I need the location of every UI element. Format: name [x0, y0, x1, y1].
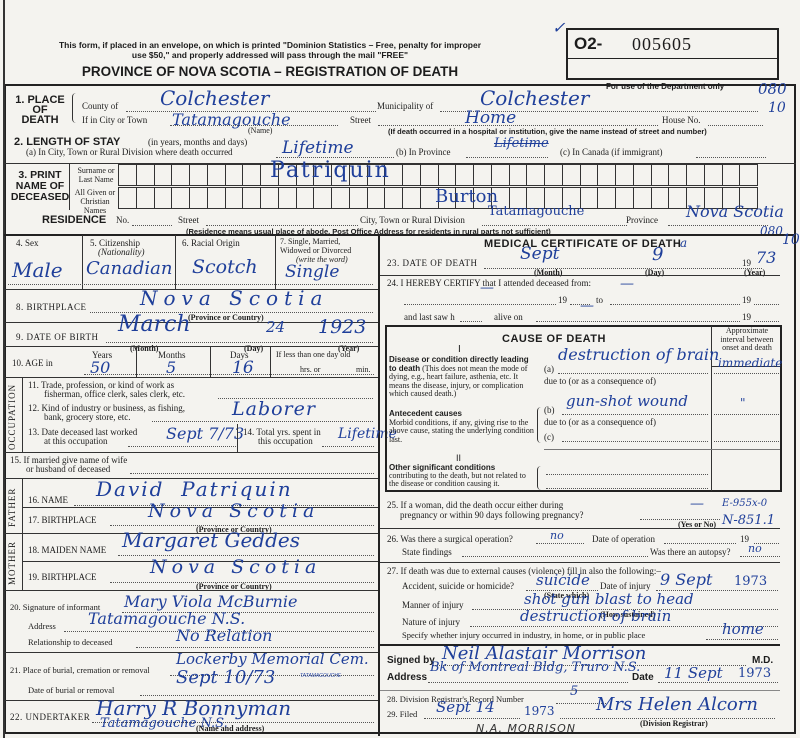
residence-street-field[interactable]	[206, 225, 358, 226]
pregnancy-label-1: 25. If a woman, did the death occur eith…	[387, 500, 563, 510]
signature-date-value: 11 Sept	[664, 664, 723, 682]
pregnancy-label-2: pregnancy or within 90 days following pr…	[400, 510, 583, 520]
check-mark: ✓	[552, 18, 565, 37]
racial-origin-label: 6. Racial Origin	[182, 238, 240, 248]
residence-city-field[interactable]	[482, 225, 627, 226]
accident-type-label: Accident, suicide or homicide?	[402, 581, 514, 591]
street-label: Street	[350, 115, 371, 125]
injury-place-value: home	[722, 620, 764, 638]
attended-from-dash: —	[480, 280, 494, 296]
medical-margin-code: 10	[782, 232, 800, 248]
injury-date-value: 9 Sept	[660, 570, 712, 589]
burial-place-value: Lockerby Memorial Cem.	[176, 650, 369, 668]
pregnancy-dash: —	[690, 496, 704, 512]
postal-notice: This form, if placed in an envelope, on …	[40, 40, 500, 60]
informant-address-label: Address	[28, 621, 56, 631]
dob-year-value: 1923	[318, 316, 366, 338]
death-year-prefix: 19	[742, 258, 751, 268]
last-saw-dash: —	[580, 298, 594, 314]
injury-place-label: Specify whether injury occurred in indus…	[402, 630, 645, 640]
stay-province-value: Lifetime	[494, 136, 549, 151]
alive-on-label: alive on	[494, 312, 523, 322]
filed-label: 29. Filed	[387, 709, 417, 719]
cause-a-value: destruction of brain	[558, 345, 719, 364]
cause-b-label: (b)	[544, 405, 555, 415]
registration-box: O2- 005605	[566, 28, 779, 80]
postal-notice-line1: This form, if placed in an envelope, on …	[40, 40, 500, 50]
injury-year-value: 1973	[734, 574, 767, 589]
father-name-value: David Patriquin	[96, 477, 293, 501]
other-conditions-field-2[interactable]	[546, 488, 708, 489]
signature-year-value: 1973	[738, 666, 771, 681]
residence-street-label: Street	[178, 215, 199, 225]
hospital-note: (If death occurred in a hospital or inst…	[388, 127, 707, 136]
stay-canada-field[interactable]	[696, 157, 766, 158]
street-field[interactable]	[378, 125, 658, 126]
findings-field[interactable]	[462, 556, 648, 557]
house-no-label: House No.	[662, 115, 701, 125]
sex-label: 4. Sex	[16, 238, 39, 248]
last-saw-19: 19	[742, 312, 751, 322]
interval-a-field[interactable]	[714, 373, 779, 374]
relationship-label: Relationship to deceased	[28, 637, 113, 647]
hrs-label: hrs. or	[300, 365, 320, 374]
residence-label: RESIDENCE	[42, 214, 106, 226]
interval-b-value: "	[740, 396, 746, 410]
residence-city-label: City, Town or Rural Division	[360, 215, 465, 225]
last-saw-label: and last saw h	[404, 312, 455, 322]
other-conditions-field-1[interactable]	[546, 474, 708, 475]
relationship-field[interactable]	[136, 647, 374, 648]
industry-field[interactable]	[152, 421, 373, 422]
interval-a-value: immediate	[718, 356, 782, 370]
attended-to-field[interactable]	[610, 304, 740, 305]
surname-value: Patriquin	[270, 158, 391, 183]
spouse-field[interactable]	[130, 473, 374, 474]
father-birthplace-value: Nova Scotia	[148, 500, 319, 522]
residence-province-field[interactable]	[668, 225, 768, 226]
registrar-stamp: N.A. MORRISON	[476, 722, 576, 735]
brace-other	[537, 466, 542, 490]
antecedent-description: Antecedent causes Morbid conditions, if …	[389, 410, 535, 444]
interval-c-field[interactable]	[714, 441, 779, 442]
father-name-label: 16. NAME	[28, 495, 68, 505]
manner-label: Manner of injury	[402, 600, 463, 610]
city-label: If in City or Town	[82, 115, 147, 125]
min-label: min.	[356, 365, 370, 374]
citizenship-value: Canadian	[86, 258, 172, 279]
attended-from-field[interactable]	[404, 304, 556, 305]
stay-city-value: Lifetime	[282, 138, 354, 158]
place-of-death-label: 1. PLACE OF DEATH	[14, 95, 66, 125]
last-worked-field[interactable]	[128, 446, 236, 447]
filed-date-value: Sept 14	[436, 698, 495, 716]
doctor-address-label: Address	[387, 672, 427, 683]
name-caption: (Name)	[248, 126, 272, 135]
due-to-label-2: due to (or as a consequence of)	[544, 417, 656, 427]
age-label: 10. AGE in	[12, 358, 53, 368]
undertaker-caption: (Name and address)	[196, 724, 264, 733]
age-days-value: 16	[232, 358, 254, 378]
mother-maiden-label: 18. MAIDEN NAME	[28, 545, 106, 555]
industry-label-2: bank, grocery store, etc.	[44, 412, 130, 422]
stay-province-label: (b) In Province	[396, 147, 450, 157]
md-label: M.D.	[752, 655, 773, 666]
death-year-value: 73	[756, 248, 776, 267]
attended-to-label: to	[596, 295, 603, 305]
doctor-address-field[interactable]	[428, 682, 628, 683]
total-years-field[interactable]	[322, 446, 374, 447]
record-number-value: 5	[570, 684, 578, 699]
length-of-stay-note: (in years, months and days)	[148, 137, 247, 147]
medical-title-mark: a	[680, 236, 687, 250]
marital-label-2: Widowed or Divorced	[280, 246, 351, 255]
mother-maiden-value: Margaret Geddes	[122, 528, 300, 552]
left-edge-line	[3, 0, 5, 738]
doctor-address-value: Bk of Montreal Bldg, Truro N.S.	[430, 660, 640, 675]
cause-a-field[interactable]	[558, 373, 708, 374]
name-of-deceased-label: 3. PRINT NAME OF DECEASED	[10, 170, 70, 203]
nature-label: Nature of injury	[402, 617, 460, 627]
county-value: Colchester	[160, 86, 269, 110]
death-day-value: 9	[652, 244, 663, 265]
autopsy-label: Was there an autopsy?	[650, 547, 731, 557]
operation-label: 26. Was there a surgical operation?	[387, 534, 513, 544]
stay-canada-label: (c) In Canada (if immigrant)	[560, 147, 662, 157]
interval-b-field[interactable]	[714, 414, 779, 415]
department-code-2: 10	[768, 100, 786, 116]
registration-number: 005605	[632, 34, 692, 55]
column-divider	[378, 234, 380, 736]
attended-from-19: 19	[558, 295, 567, 305]
attended-to-dash: —	[620, 276, 634, 292]
stay-city-label: (a) In City, Town or Rural Division wher…	[26, 147, 233, 157]
code-e-value: E-955x-0	[722, 498, 767, 509]
citizenship-note: (Nationality)	[98, 247, 145, 257]
postal-notice-line2: use $50," and properly addressed will pa…	[40, 50, 500, 60]
dob-month-value: March	[118, 312, 191, 337]
mother-side-label: MOTHER	[7, 540, 17, 586]
last-worked-value: Sept 7/73	[166, 424, 244, 443]
trade-label-2: fisherman, office clerk, sales clerk, et…	[44, 389, 185, 399]
signature-date-label: Date	[632, 672, 654, 683]
stay-province-field[interactable]	[466, 157, 548, 158]
date-of-death-field[interactable]	[484, 268, 762, 269]
attended-to-19: 19	[742, 295, 751, 305]
cause-c-field[interactable]	[562, 441, 708, 442]
cause-c-label: (c)	[544, 432, 554, 442]
brace-antecedent	[537, 407, 542, 443]
injury-place-field[interactable]	[706, 639, 778, 640]
surname-boxes[interactable]	[118, 164, 758, 186]
burial-date-value: Sept 10/73	[176, 667, 275, 688]
date-of-birth-field[interactable]	[106, 342, 373, 343]
birthplace-value: Nova Scotia	[140, 286, 328, 310]
cause-of-death-title: CAUSE OF DEATH	[502, 333, 606, 345]
death-month-value: Sept	[520, 244, 559, 264]
spouse-label-2: or husband of deceased	[26, 464, 110, 474]
filed-date-field[interactable]	[424, 718, 520, 719]
city-value: Tatamagouche	[172, 110, 291, 129]
street-value: Home	[465, 108, 516, 128]
father-side-label: FATHER	[7, 484, 17, 530]
mother-birthplace-value: Nova Scotia	[150, 556, 321, 578]
marital-status-value: Single	[285, 262, 339, 282]
residence-province-label: Province	[626, 215, 658, 225]
undertaker-label: 22. UNDERTAKER	[10, 712, 90, 722]
municipality-value: Colchester	[480, 86, 589, 110]
accident-type-value: suicide	[536, 571, 590, 589]
residence-city-value: Tatamagouche	[488, 204, 584, 219]
total-years-label-2: this occupation	[258, 436, 313, 446]
burial-place-note: TATAMAGOUCHE	[300, 673, 341, 679]
less-than-day-label: If less than one day old	[276, 350, 350, 359]
relationship-value: No Relation	[176, 626, 272, 645]
cause-b-value: gun-shot wound	[566, 392, 688, 410]
municipality-label: Municipality of	[377, 101, 433, 111]
racial-origin-value: Scotch	[192, 256, 258, 278]
residence-province-value: Nova Scotia	[686, 202, 784, 221]
signed-by-label: Signed by	[387, 655, 435, 666]
dob-day-value: 24	[266, 318, 285, 336]
birthplace-caption: (Province or Country)	[188, 313, 264, 322]
house-no-field[interactable]	[708, 125, 763, 126]
autopsy-value: no	[748, 542, 762, 555]
surname-label: Surname or Last Name	[76, 166, 116, 184]
nature-value: destruction of brain	[520, 607, 671, 625]
mother-birthplace-label: 19. BIRTHPLACE	[28, 572, 96, 582]
department-code-1: 080	[758, 80, 787, 98]
direct-cause-description: Disease or condition directly leading to…	[389, 356, 535, 399]
last-worked-label-2: at this occupation	[44, 436, 107, 446]
interval-header: Approximate interval between onset and d…	[714, 327, 780, 353]
filed-year-value: 1973	[524, 704, 555, 718]
burial-place-label: 21. Place of burial, cremation or remova…	[10, 665, 150, 675]
part-two-label: II	[456, 453, 461, 463]
other-conditions-description: Other significant conditions contributin…	[389, 464, 535, 488]
operation-value: no	[550, 529, 564, 542]
manner-value: shot gun blast to head	[524, 590, 694, 608]
part-one-label: I	[458, 344, 461, 355]
industry-value: Laborer	[232, 398, 316, 420]
registrar-signature-value: Mrs Helen Alcorn	[596, 694, 758, 715]
operation-field[interactable]	[536, 543, 584, 544]
registrar-caption: (Division Registrar)	[640, 719, 708, 728]
cause-b-field[interactable]	[562, 414, 708, 415]
registration-prefix: O2-	[574, 34, 602, 54]
findings-label: State findings	[402, 547, 452, 557]
signature-date-field[interactable]	[658, 682, 778, 683]
department-use-label: For use of the Department only	[606, 82, 724, 91]
informant-signature-label: 20. Signature of informant	[10, 602, 100, 612]
date-of-birth-label: 9. DATE OF BIRTH	[16, 332, 98, 342]
code-n-value: N-851.1	[722, 513, 775, 528]
autopsy-field[interactable]	[740, 556, 780, 557]
last-saw-field[interactable]	[536, 321, 740, 322]
birthplace-label: 8. BIRTHPLACE	[16, 302, 86, 312]
residence-no-label: No.	[116, 215, 129, 225]
due-to-label-1: due to (or as a consequence of)	[544, 376, 656, 386]
form-title: PROVINCE OF NOVA SCOTIA – REGISTRATION O…	[60, 64, 480, 79]
operation-date-field[interactable]	[664, 543, 736, 544]
operation-date-label: Date of operation	[592, 534, 655, 544]
brace	[72, 93, 78, 123]
external-causes-label: 27. If death was due to external causes …	[387, 566, 661, 576]
residence-no-field[interactable]	[132, 225, 172, 226]
given-names-label: All Given or Christian Names	[72, 188, 118, 215]
marital-label-1: 7. Single, Married,	[280, 237, 340, 246]
cause-a-label: (a)	[544, 364, 554, 374]
date-of-death-label: 23. DATE OF DEATH	[387, 258, 478, 268]
burial-date-label: Date of burial or removal	[28, 685, 114, 695]
occupation-side-label: OCCUPATION	[7, 384, 17, 450]
sex-value: Male	[12, 258, 63, 282]
county-label: County of	[82, 101, 118, 111]
father-birthplace-label: 17. BIRTHPLACE	[28, 515, 96, 525]
